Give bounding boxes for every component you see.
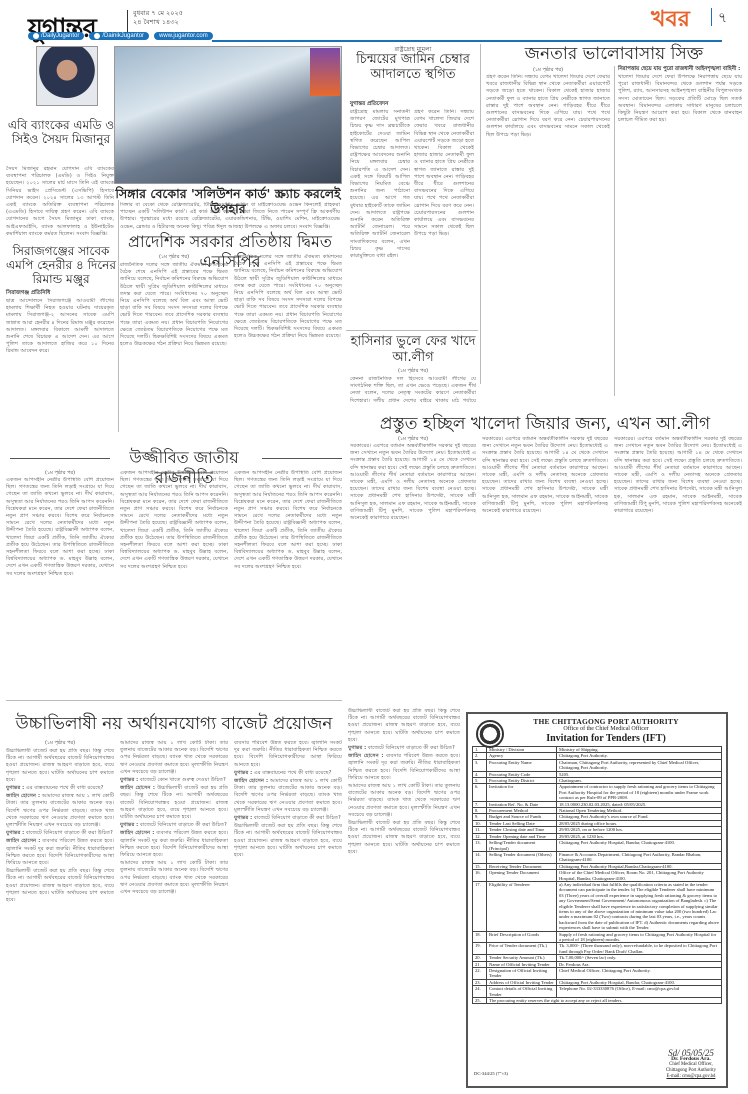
tender-org: THE CHITTAGONG PORT AUTHORITY — [472, 717, 722, 726]
sirajganj-byline: সিরাজগঞ্জ প্রতিনিধি — [6, 290, 50, 298]
qa-speaker: যুগান্তর : — [6, 785, 24, 791]
row-value: Supply of fresh rationing and grocery it… — [557, 931, 722, 943]
section-name: খবর — [651, 2, 690, 39]
header-rule — [212, 40, 722, 42]
tender-row: 3.Procuring Entity NameChairman, Chittag… — [473, 759, 722, 771]
row-number: 13. — [473, 840, 487, 852]
tender-row: 13.Selling/Tender document (Principal)Ch… — [473, 840, 722, 852]
ab-bank-headline: এবি ব্যাংকের এমডি ও সিইও সৈয়দ মিজানুর — [6, 118, 116, 146]
tender-row: 16.Opening Tender DocumentOffice of the … — [473, 870, 722, 882]
tender-row: 24.Contact details of Official Inviting … — [473, 986, 722, 998]
ujjibito-body-col3: একজন আপসহীন নেত্রীর উপস্থিতি বেশি প্রয়ো… — [234, 470, 342, 692]
prostut-body-col3: সরকারের। এরপরে বর্তমান অন্তর্বর্তীকালীন … — [614, 436, 742, 706]
ncp-body-col1: রাজনৈতিক দলের সঙ্গে জাতীয় ঐকমত্য কমিশনে… — [120, 262, 228, 434]
sirajganj-body: ছাত্র আন্দোলনে সিরাজগঞ্জে আওয়ামী লীগের … — [6, 298, 114, 430]
row-number: 14. — [473, 851, 487, 863]
headline-rule-left — [10, 458, 110, 459]
row-value: Appointment of contractor to supply fres… — [557, 784, 722, 801]
row-label: Selling Tender document (Others) — [487, 851, 557, 863]
logo-divider — [127, 10, 128, 32]
tender-row: 6.Invitation forAppointment of contracto… — [473, 784, 722, 801]
qa-speaker: যুগান্তর : — [6, 830, 24, 836]
row-number: 17. — [473, 881, 487, 931]
qa-answer: উচ্চাভিলাষী বাজেট করা হয় প্রতি বছর। কিন… — [6, 748, 114, 784]
row-label: Name of Official Inviting Tender — [487, 961, 557, 967]
row-label: Eligibility of Tenderer — [487, 881, 557, 931]
budget-col2: আমাদের রাজস্ব আয় ১ লাখ কোটি টাকা। তার ত… — [120, 740, 228, 1088]
prostut-body-col1: সরকারের। এরপরে বর্তমান অন্তর্বর্তীকালীন … — [350, 443, 476, 705]
prostut-headline: প্রস্তুত হচ্ছিল খালেদা জিয়ার জন্য, এখন … — [346, 414, 744, 434]
event-photo — [114, 46, 342, 184]
section-divider — [6, 700, 342, 701]
social-link-website[interactable]: www.jugantor.com — [154, 32, 213, 40]
date-bengali: ২৪ বৈশাখ ১৪৩২ — [133, 18, 183, 27]
ncp-body-col2: রাজনৈতিক দলের সঙ্গে জাতীয় ঐকমত্য কমিশনে… — [234, 254, 342, 434]
budget-headline: উচ্চাভিলাষী নয় অর্থায়নযোগ্য বাজেট প্রয… — [6, 714, 342, 734]
row-label: Selling/Tender document (Principal) — [487, 840, 557, 852]
budget-continued: (১ম পৃষ্ঠার পর) — [6, 740, 114, 748]
tender-notice: THE CHITTAGONG PORT AUTHORITY Office of … — [466, 712, 728, 1088]
row-number: 22. — [473, 968, 487, 980]
cpa-emblem-icon — [476, 720, 504, 748]
row-value: Tk. 3,000/- (Three thousand only), non-r… — [557, 943, 722, 955]
signature-block: Sd/ 05/05/25 Dr. Ferdous Ara. Chief Medi… — [666, 1050, 716, 1080]
sirajganj-headline: সিরাজগঞ্জের সাবেক এমপি হেনরীর ৪ দিনের রি… — [6, 244, 116, 286]
hasina-headline: হাসিনার ভুলে ফের খাদে আ.লীগ — [348, 334, 478, 366]
budget-col1: উচ্চাভিলাষী বাজেট করা হয় প্রতি বছর। কিন… — [6, 748, 114, 1088]
chinmoy-body-cont: গ্রহণ করেন তিনি। সন্ধ্যায় বেগম খালেদা জ… — [414, 109, 474, 329]
row-value: Chittagong Port Authority Hospital, Band… — [557, 840, 722, 852]
row-number: 18. — [473, 931, 487, 943]
row-label: Brief Description of Goods — [487, 931, 557, 943]
hasina-body: কেননা রাজনৈতিক দল হিসেবে আওয়ামী লীগের য… — [350, 376, 476, 402]
page-number: ৭ — [718, 6, 727, 30]
chinmoy-body: রাষ্ট্রদ্রোহ মামলায় সনাতনী জাগরণ জোটের … — [350, 109, 410, 329]
ujjibito-body-col2: একজন আপসহীন নেত্রীর উপস্থিতি বেশি প্রয়ো… — [120, 470, 228, 692]
budget-col4: উচ্চাভিলাষী বাজেট করা হয় প্রতি বছর। কিন… — [348, 708, 460, 1088]
tender-title: Invitation for Tenders (IFT) — [472, 733, 722, 744]
ncp-continued: (১ম পৃষ্ঠার পর) — [120, 254, 228, 262]
jonotar-headline: জনতার ভালোবাসায় সিক্ত — [486, 44, 742, 64]
tender-row: 18.Brief Description of GoodsSupply of f… — [473, 931, 722, 943]
row-number: 16. — [473, 870, 487, 882]
ab-bank-body: সৈয়দ মিজানুর রহমান যোগদান এবি ব্যাংকের … — [6, 166, 114, 242]
row-label: Address of Official Inviting Tender — [487, 979, 557, 985]
row-value: a) Any individual firm that fulfills the… — [557, 881, 722, 931]
section-divider — [346, 330, 478, 331]
row-label: Procuring Entity Name — [487, 759, 557, 771]
qa-speaker: জাহিদ হোসেন : — [6, 838, 40, 844]
date-gregorian: বুধবার ৭ মে ২০২৫ — [133, 9, 183, 18]
jonotar-body-left: গ্রহণ করেন তিনি। সন্ধ্যায় বেগম খালেদা জ… — [486, 74, 610, 394]
signatory-email[interactable]: E-mail: cmo@cpa.gov.bd — [666, 1074, 716, 1080]
singer-body: সিঙ্গার বা বেকো থেকে রেফ্রিজারেটর, টিভি,… — [120, 202, 340, 230]
jonotar-body-right: খালেদা জিয়ার দেশে ফেরা উপলক্ষে নিরাপত্ত… — [618, 74, 742, 394]
social-links: /DailyJugantor /DainikJugantor www.jugan… — [28, 32, 213, 40]
tender-footer-row: 25. The procuring entity reserves the ri… — [473, 998, 722, 1004]
column-divider — [614, 66, 615, 396]
issue-date: বুধবার ৭ মে ২০২৫ ২৪ বৈশাখ ১৪৩২ — [133, 9, 183, 27]
row-value: Finance & Accounts Department, Chittagon… — [557, 851, 722, 863]
row-number: 3. — [473, 759, 487, 771]
x-icon — [33, 33, 39, 39]
tender-row: 22.Designation of Official Inviting Tend… — [473, 968, 722, 980]
hasina-continued: (১ম পৃষ্ঠার পর) — [348, 368, 478, 376]
row-label: Invitation for — [487, 784, 557, 801]
prostut-body-col2: সরকারের। এরপরে বর্তমান অন্তর্বর্তীকালীন … — [482, 436, 608, 706]
tender-table: 1.Ministry / DivisionMinistry of Shippin… — [472, 746, 722, 1004]
chinmoy-byline: যুগান্তর প্রতিবেদন — [350, 101, 388, 109]
ujjibito-body-col1: একজন আপসহীন নেত্রীর উপস্থিতি বেশি প্রয়ো… — [6, 477, 114, 691]
row-label: Opening Tender Document — [487, 870, 557, 882]
tender-office: Office of the Chief Medical Officer — [472, 726, 722, 732]
row-number: 6. — [473, 784, 487, 801]
ad-code: DC-344/25 (7"×3) — [474, 1071, 508, 1076]
event-banner — [310, 48, 340, 96]
row-value: Chairman, Chittagong Port Authority, rep… — [557, 759, 722, 771]
row-number: 24. — [473, 986, 487, 998]
row-value: Chief Medical Officer, Chittagong Port A… — [557, 968, 722, 980]
social-link-facebook[interactable]: /DainikJugantor — [89, 32, 149, 40]
row-value: Office of the Chief Medical Officer, Roo… — [557, 870, 722, 882]
row-label: Price of Tender document (Tk.) — [487, 943, 557, 955]
row-number: 19. — [473, 943, 487, 955]
column-divider — [480, 44, 481, 384]
tender-row: 14.Selling Tender document (Others)Finan… — [473, 851, 722, 863]
section-divider — [711, 8, 712, 26]
social-link-x[interactable]: /DailyJugantor — [28, 32, 84, 40]
qa-speaker: জাহিদ হোসেন : — [6, 793, 40, 799]
budget-col3: ব্যবসার পরিবেশ উন্নত করতে হবে। জ্বালানি … — [234, 740, 342, 1088]
portrait-photo — [36, 46, 98, 106]
jonotar-subhead: নিরাপত্তায় ছেয়ে যায় পুরো রাজধানী আইনশ… — [618, 66, 742, 74]
chinmoy-headline: চিন্ময়ের জামিন চেম্বার আদালতে স্থগিত — [348, 52, 478, 82]
tender-row: 17.Eligibility of Tenderera) Any individ… — [473, 881, 722, 931]
tender-row: 19.Price of Tender document (Tk.)Tk. 3,0… — [473, 943, 722, 955]
row-label: Designation of Official Inviting Tender — [487, 968, 557, 980]
row-label: Contact details of Official Inviting Ten… — [487, 986, 557, 998]
row-value: Telephone No. 02-333330876 (Office), E-m… — [557, 986, 722, 998]
headline-rule-right — [262, 458, 342, 459]
facebook-icon — [94, 33, 100, 39]
